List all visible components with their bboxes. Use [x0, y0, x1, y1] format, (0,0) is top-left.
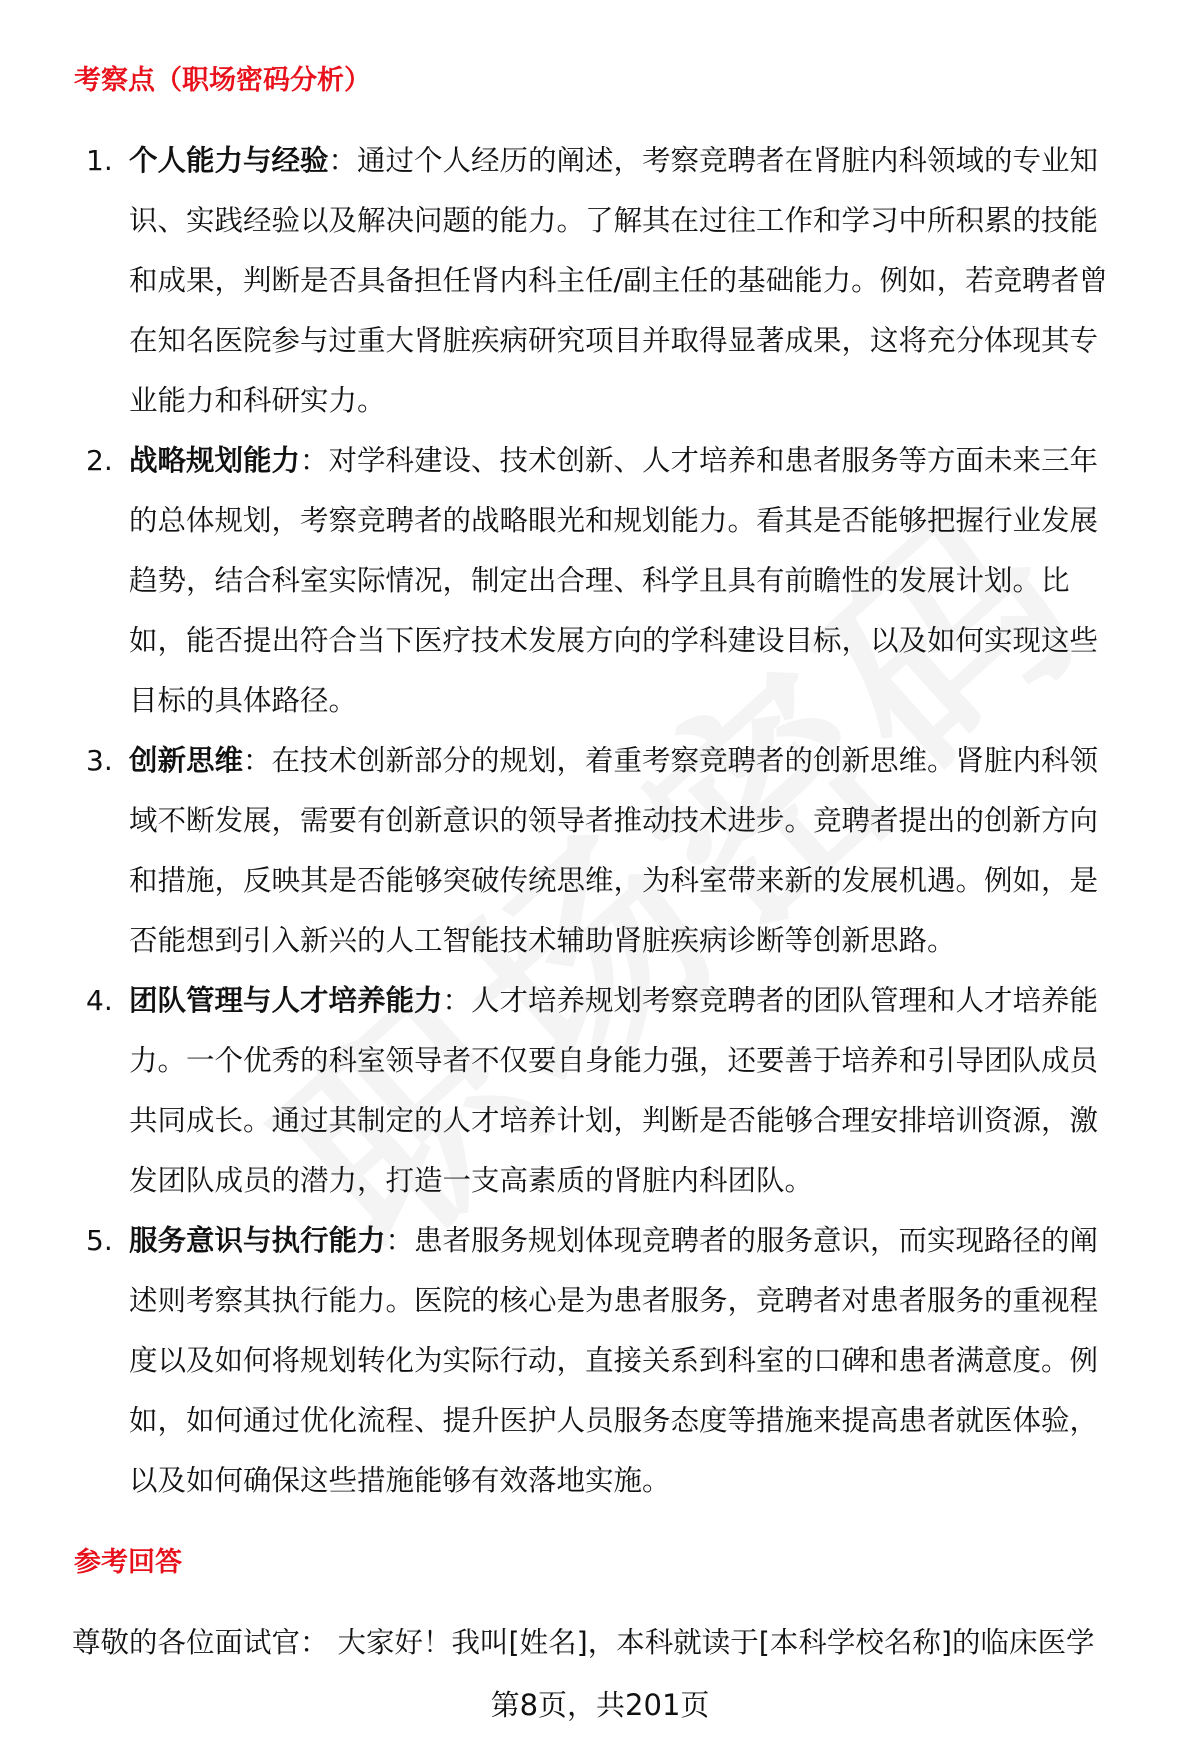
item-line: 战略规划能力：对学科建设、技术创新、人才培养和患者服务等方面未来三年: [129, 431, 1200, 491]
item-line: 域不断发展，需要有创新意识的领导者推动技术进步。竞聘者提出的创新方向: [129, 791, 1200, 851]
list-item-3: 3. 创新思维：在技术创新部分的规划，着重考察竞聘者的创新思维。肾脏内科领 域不…: [0, 731, 1200, 971]
item-term: 团队管理与人才培养能力: [129, 984, 443, 1017]
section-heading-reference-answer: 参考回答: [74, 1545, 182, 1581]
list-number: 4.: [86, 971, 113, 1031]
item-line: 如，如何通过优化流程、提升医护人员服务态度等措施来提高患者就医体验，: [129, 1391, 1200, 1451]
list-item-5: 5. 服务意识与执行能力：患者服务规划体现竞聘者的服务意识，而实现路径的阐 述则…: [0, 1211, 1200, 1511]
item-line: 和成果，判断是否具备担任肾内科主任/副主任的基础能力。例如，若竞聘者曾: [129, 251, 1200, 311]
list-item-4: 4. 团队管理与人才培养能力：人才培养规划考察竞聘者的团队管理和人才培养能 力。…: [0, 971, 1200, 1211]
section-heading-assessment-points: 考察点（职场密码分析）: [74, 63, 371, 99]
list-item-2: 2. 战略规划能力：对学科建设、技术创新、人才培养和患者服务等方面未来三年 的总…: [0, 431, 1200, 731]
item-line: 业能力和科研实力。: [129, 371, 1200, 431]
item-line: 的总体规划，考察竞聘者的战略眼光和规划能力。看其是否能够把握行业发展: [129, 491, 1200, 551]
item-text: ：对学科建设、技术创新、人才培养和患者服务等方面未来三年: [300, 444, 1098, 477]
item-line: 创新思维：在技术创新部分的规划，着重考察竞聘者的创新思维。肾脏内科领: [129, 731, 1200, 791]
page-number: 第8页，共201页: [0, 1685, 1200, 1725]
item-line: 识、实践经验以及解决问题的能力。了解其在过往工作和学习中所积累的技能: [129, 191, 1200, 251]
item-term: 战略规划能力: [129, 444, 300, 477]
item-line: 否能想到引入新兴的人工智能技术辅助肾脏疾病诊断等创新思路。: [129, 911, 1200, 971]
list-number: 2.: [86, 431, 113, 491]
list-number: 3.: [86, 731, 113, 791]
item-term: 服务意识与执行能力: [129, 1224, 386, 1257]
item-line: 发团队成员的潜力，打造一支高素质的肾脏内科团队。: [129, 1151, 1200, 1211]
item-line: 个人能力与经验：通过个人经历的阐述，考察竞聘者在肾脏内科领域的专业知: [129, 131, 1200, 191]
item-line: 趋势，结合科室实际情况，制定出合理、科学且具有前瞻性的发展计划。比: [129, 551, 1200, 611]
item-text: ：通过个人经历的阐述，考察竞聘者在肾脏内科领域的专业知: [329, 144, 1099, 177]
item-line: 团队管理与人才培养能力：人才培养规划考察竞聘者的团队管理和人才培养能: [129, 971, 1200, 1031]
item-line: 力。一个优秀的科室领导者不仅要自身能力强，还要善于培养和引导团队成员: [129, 1031, 1200, 1091]
item-line: 在知名医院参与过重大肾脏疾病研究项目并取得显著成果，这将充分体现其专: [129, 311, 1200, 371]
item-line: 述则考察其执行能力。医院的核心是为患者服务，竞聘者对患者服务的重视程: [129, 1271, 1200, 1331]
list-item-1: 1. 个人能力与经验：通过个人经历的阐述，考察竞聘者在肾脏内科领域的专业知 识、…: [0, 131, 1200, 431]
item-text: ：在技术创新部分的规划，着重考察竞聘者的创新思维。肾脏内科领: [243, 744, 1098, 777]
item-term: 创新思维: [129, 744, 243, 777]
assessment-points-list: 1. 个人能力与经验：通过个人经历的阐述，考察竞聘者在肾脏内科领域的专业知 识、…: [0, 131, 1200, 1511]
item-line: 如，能否提出符合当下医疗技术发展方向的学科建设目标，以及如何实现这些: [129, 611, 1200, 671]
item-line: 共同成长。通过其制定的人才培养计划，判断是否能够合理安排培训资源，激: [129, 1091, 1200, 1151]
list-number: 5.: [86, 1211, 113, 1271]
item-line: 度以及如何将规划转化为实际行动，直接关系到科室的口碑和患者满意度。例: [129, 1331, 1200, 1391]
item-term: 个人能力与经验: [129, 144, 329, 177]
item-line: 服务意识与执行能力：患者服务规划体现竞聘者的服务意识，而实现路径的阐: [129, 1211, 1200, 1271]
answer-paragraph: 尊敬的各位面试官： 大家好！我叫[姓名]，本科就读于[本科学校名称]的临床医学: [72, 1613, 1095, 1673]
item-text: ：患者服务规划体现竞聘者的服务意识，而实现路径的阐: [386, 1224, 1099, 1257]
item-line: 以及如何确保这些措施能够有效落地实施。: [129, 1451, 1200, 1511]
item-line: 目标的具体路径。: [129, 671, 1200, 731]
item-text: ：人才培养规划考察竞聘者的团队管理和人才培养能: [443, 984, 1099, 1017]
item-line: 和措施，反映其是否能够突破传统思维，为科室带来新的发展机遇。例如，是: [129, 851, 1200, 911]
list-number: 1.: [86, 131, 113, 191]
